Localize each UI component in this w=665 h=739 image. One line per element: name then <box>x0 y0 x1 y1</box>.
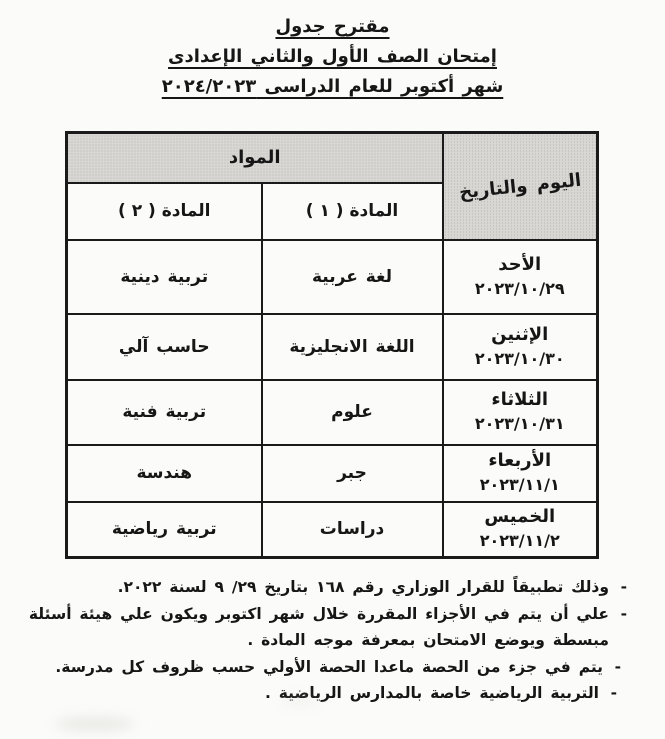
note-text: علي أن يتم في الأجزاء المقررة خلال شهر ا… <box>12 601 609 628</box>
footnotes-block: - وذلك تطبيقاً للقرار الوزاري رقم ١٦٨ بت… <box>12 574 627 707</box>
subject-2-cell: تربية دينية <box>66 240 261 314</box>
day-name: الخميس <box>446 505 595 529</box>
title-block: مقترح جدول إمتحان الصف الأول والثاني الإ… <box>0 12 665 102</box>
subject-2-cell: تربية فنية <box>66 380 261 445</box>
exam-schedule-table: اليوم والتاريخ المواد المادة ( ١ ) الماد… <box>65 131 599 559</box>
subject-2-cell: حاسب آلي <box>66 314 261 380</box>
header-day-date: اليوم والتاريخ <box>443 133 598 240</box>
header-subject-1: المادة ( ١ ) <box>262 183 443 240</box>
header-subjects-group: المواد <box>66 133 442 183</box>
day-date-cell: الخميس ٢٠٢٣/١١/٢ <box>443 502 598 558</box>
day-date: ٢٠٢٣/١١/٢ <box>446 529 595 553</box>
table-row: الثلاثاء ٢٠٢٣/١٠/٣١ علوم تربية فنية <box>66 380 597 445</box>
day-date: ٢٠٢٣/١٠/٢٩ <box>446 277 595 301</box>
day-date-cell: الأحد ٢٠٢٣/١٠/٢٩ <box>443 240 598 314</box>
subject-1-cell: اللغة الانجليزية <box>262 314 443 380</box>
table-row: الخميس ٢٠٢٣/١١/٢ دراسات تربية رياضية <box>66 502 597 558</box>
header-day-date-label: اليوم والتاريخ <box>458 169 582 203</box>
note-item: - وذلك تطبيقاً للقرار الوزاري رقم ١٦٨ بت… <box>12 574 627 601</box>
day-date-cell: الأربعاء ٢٠٢٣/١١/١ <box>443 445 598 502</box>
page-subtitle-term: شهر أكتوبر للعام الدراسى ٢٠٢٤/٢٠٢٣ <box>0 72 665 102</box>
scan-smudge <box>55 717 135 731</box>
subject-2-cell: تربية رياضية <box>66 502 261 558</box>
subject-1-cell: لغة عربية <box>262 240 443 314</box>
header-subject-2: المادة ( ٢ ) <box>66 183 261 240</box>
note-bullet-dash: - <box>599 680 617 707</box>
page-title: مقترح جدول <box>0 12 665 42</box>
day-name: الثلاثاء <box>446 388 595 412</box>
day-date: ٢٠٢٣/١١/١ <box>446 473 595 497</box>
note-item: - يتم في جزء من الحصة ماعدا الحصة الأولي… <box>12 654 621 681</box>
day-name: الأربعاء <box>446 449 595 473</box>
day-name: الأحد <box>446 253 595 277</box>
subject-2-cell: هندسة <box>66 445 261 502</box>
scanned-exam-schedule-page: مقترح جدول إمتحان الصف الأول والثاني الإ… <box>0 0 665 739</box>
note-item-continuation: مبسطة ويوضع الامتحان بمعرفة موجه المادة … <box>12 627 627 654</box>
table-header-row-group: اليوم والتاريخ المواد <box>66 133 597 183</box>
table-row: الإثنين ٢٠٢٣/١٠/٣٠ اللغة الانجليزية حاسب… <box>66 314 597 380</box>
table-row: الأحد ٢٠٢٣/١٠/٢٩ لغة عربية تربية دينية <box>66 240 597 314</box>
note-text: وذلك تطبيقاً للقرار الوزاري رقم ١٦٨ بتار… <box>12 574 609 601</box>
day-date-cell: الإثنين ٢٠٢٣/١٠/٣٠ <box>443 314 598 380</box>
subject-1-cell: علوم <box>262 380 443 445</box>
day-date: ٢٠٢٣/١٠/٣٠ <box>446 347 595 371</box>
note-item: - علي أن يتم في الأجزاء المقررة خلال شهر… <box>12 601 627 628</box>
table-row: الأربعاء ٢٠٢٣/١١/١ جبر هندسة <box>66 445 597 502</box>
day-name: الإثنين <box>446 323 595 347</box>
subject-1-cell: جبر <box>262 445 443 502</box>
scan-smudge <box>280 697 320 705</box>
subject-1-cell: دراسات <box>262 502 443 558</box>
note-text: مبسطة ويوضع الامتحان بمعرفة موجه المادة … <box>12 627 609 654</box>
note-bullet-dash: - <box>609 574 627 601</box>
page-subtitle-grades: إمتحان الصف الأول والثاني الإعدادى <box>0 42 665 72</box>
day-date-cell: الثلاثاء ٢٠٢٣/١٠/٣١ <box>443 380 598 445</box>
note-bullet-dash: - <box>603 654 621 681</box>
day-date: ٢٠٢٣/١٠/٣١ <box>446 412 595 436</box>
note-bullet-dash: - <box>609 601 627 628</box>
note-text: يتم في جزء من الحصة ماعدا الحصة الأولي ح… <box>12 654 603 681</box>
